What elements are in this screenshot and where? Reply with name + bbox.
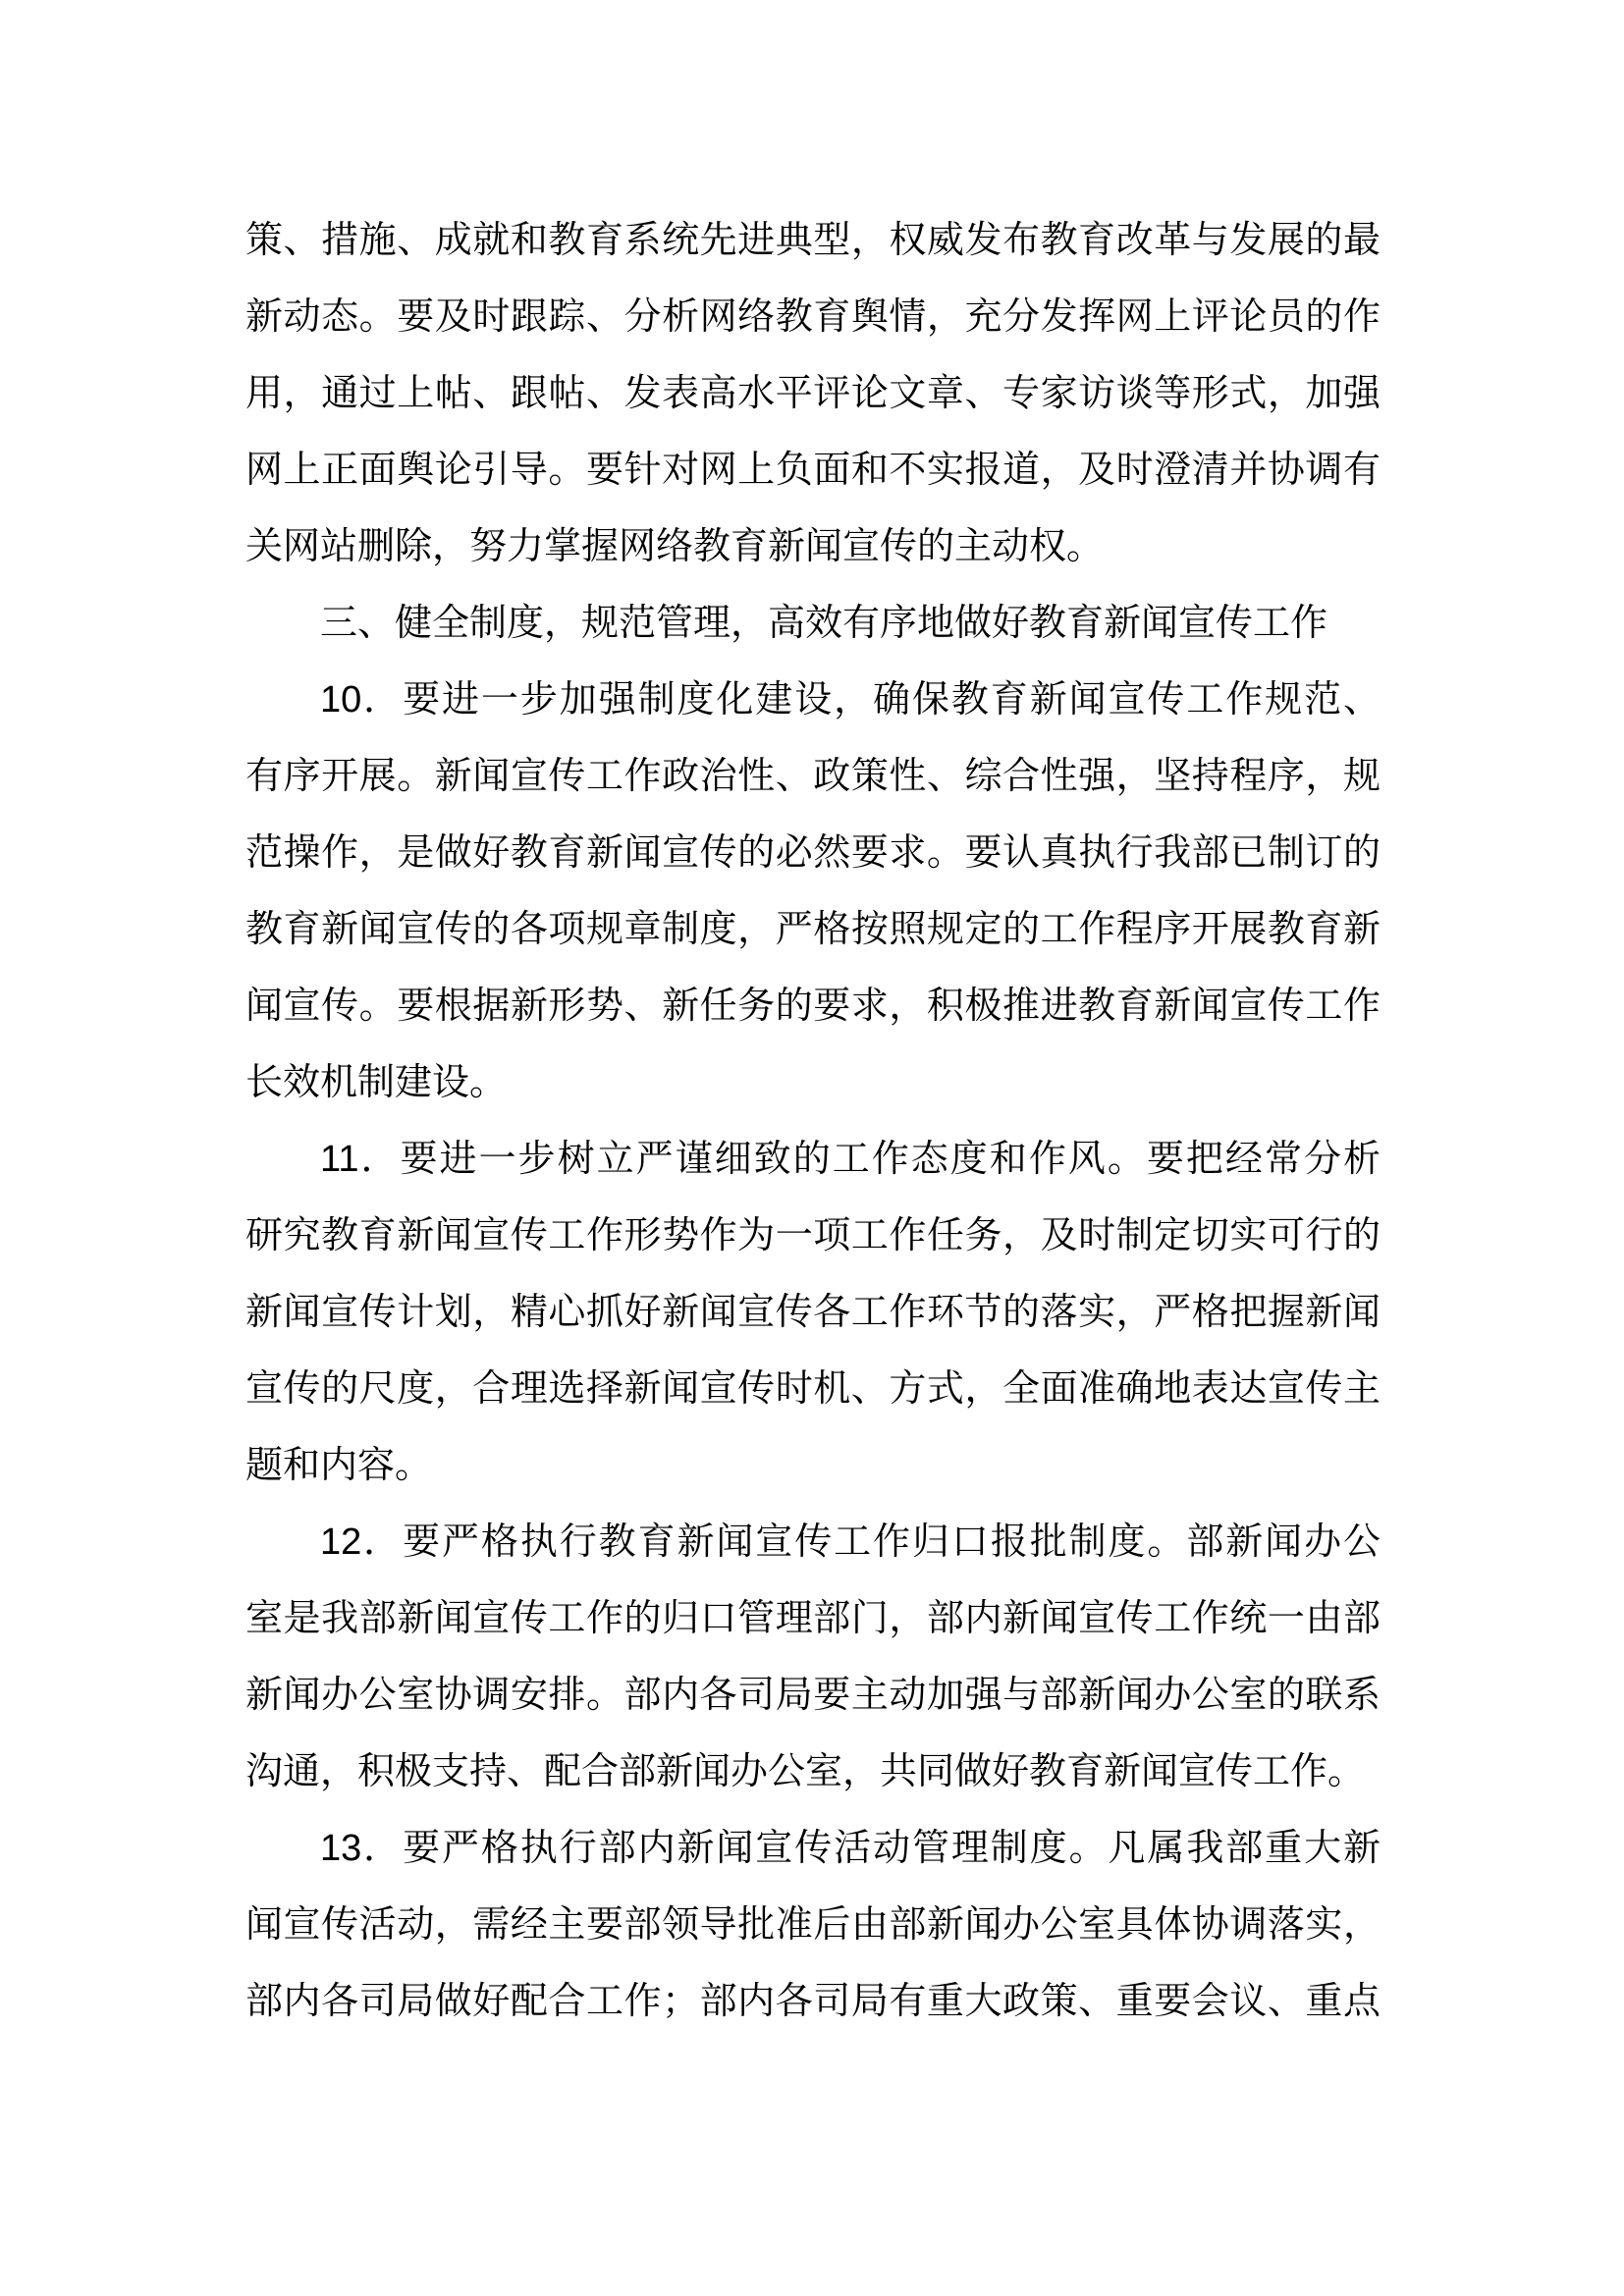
- text-line: 范操作，是做好教育新闻宣传的必然要求。要认真执行我部已制订的: [245, 815, 1380, 891]
- text-line: 有序开展。新闻宣传工作政治性、政策性、综合性强，坚持程序，规: [245, 738, 1380, 815]
- text-line: 闻宣传。要根据新形势、新任务的要求，积极推进教育新闻宣传工作: [245, 968, 1380, 1044]
- text-line: 网上正面舆论引导。要针对网上负面和不实报道，及时澄清并协调有: [245, 432, 1380, 508]
- section-heading: 三、健全制度，规范管理，高效有序地做好教育新闻宣传工作: [245, 585, 1380, 662]
- text-line: 用，通过上帖、跟帖、发表高水平评论文章、专家访谈等形式，加强: [245, 355, 1380, 432]
- text-line: 新动态。要及时跟踪、分析网络教育舆情，充分发挥网上评论员的作: [245, 279, 1380, 355]
- document-text-block: 策、措施、成就和教育系统先进典型，权威发布教育改革与发展的最 新动态。要及时跟踪…: [245, 202, 1380, 2040]
- text-line: 长效机制建设。: [245, 1044, 1380, 1121]
- text-line: 沟通，积极支持、配合部新闻办公室，共同做好教育新闻宣传工作。: [245, 1734, 1380, 1810]
- text-line: 教育新闻宣传的各项规章制度，严格按照规定的工作程序开展教育新: [245, 891, 1380, 968]
- text-line: 12．要严格执行教育新闻宣传工作归口报批制度。部新闻办公: [245, 1504, 1380, 1580]
- document-page: 策、措施、成就和教育系统先进典型，权威发布教育改革与发展的最 新动态。要及时跟踪…: [0, 0, 1624, 2296]
- text-line: 新闻办公室协调安排。部内各司局要主动加强与部新闻办公室的联系: [245, 1657, 1380, 1734]
- text-line: 13．要严格执行部内新闻宣传活动管理制度。凡属我部重大新: [245, 1810, 1380, 1887]
- text-line: 闻宣传活动，需经主要部领导批准后由部新闻办公室具体协调落实，: [245, 1887, 1380, 1963]
- text-line: 新闻宣传计划，精心抓好新闻宣传各工作环节的落实，严格把握新闻: [245, 1274, 1380, 1351]
- text-line: 10．要进一步加强制度化建设，确保教育新闻宣传工作规范、: [245, 662, 1380, 738]
- text-line: 室是我部新闻宣传工作的归口管理部门，部内新闻宣传工作统一由部: [245, 1580, 1380, 1657]
- text-line: 关网站删除，努力掌握网络教育新闻宣传的主动权。: [245, 508, 1380, 585]
- text-line: 研究教育新闻宣传工作形势作为一项工作任务，及时制定切实可行的: [245, 1198, 1380, 1274]
- text-line: 题和内容。: [245, 1427, 1380, 1504]
- text-line: 宣传的尺度，合理选择新闻宣传时机、方式，全面准确地表达宣传主: [245, 1351, 1380, 1427]
- text-line: 11．要进一步树立严谨细致的工作态度和作风。要把经常分析: [245, 1121, 1380, 1198]
- text-line: 部内各司局做好配合工作；部内各司局有重大政策、重要会议、重点: [245, 1963, 1380, 2040]
- text-line: 策、措施、成就和教育系统先进典型，权威发布教育改革与发展的最: [245, 202, 1380, 279]
